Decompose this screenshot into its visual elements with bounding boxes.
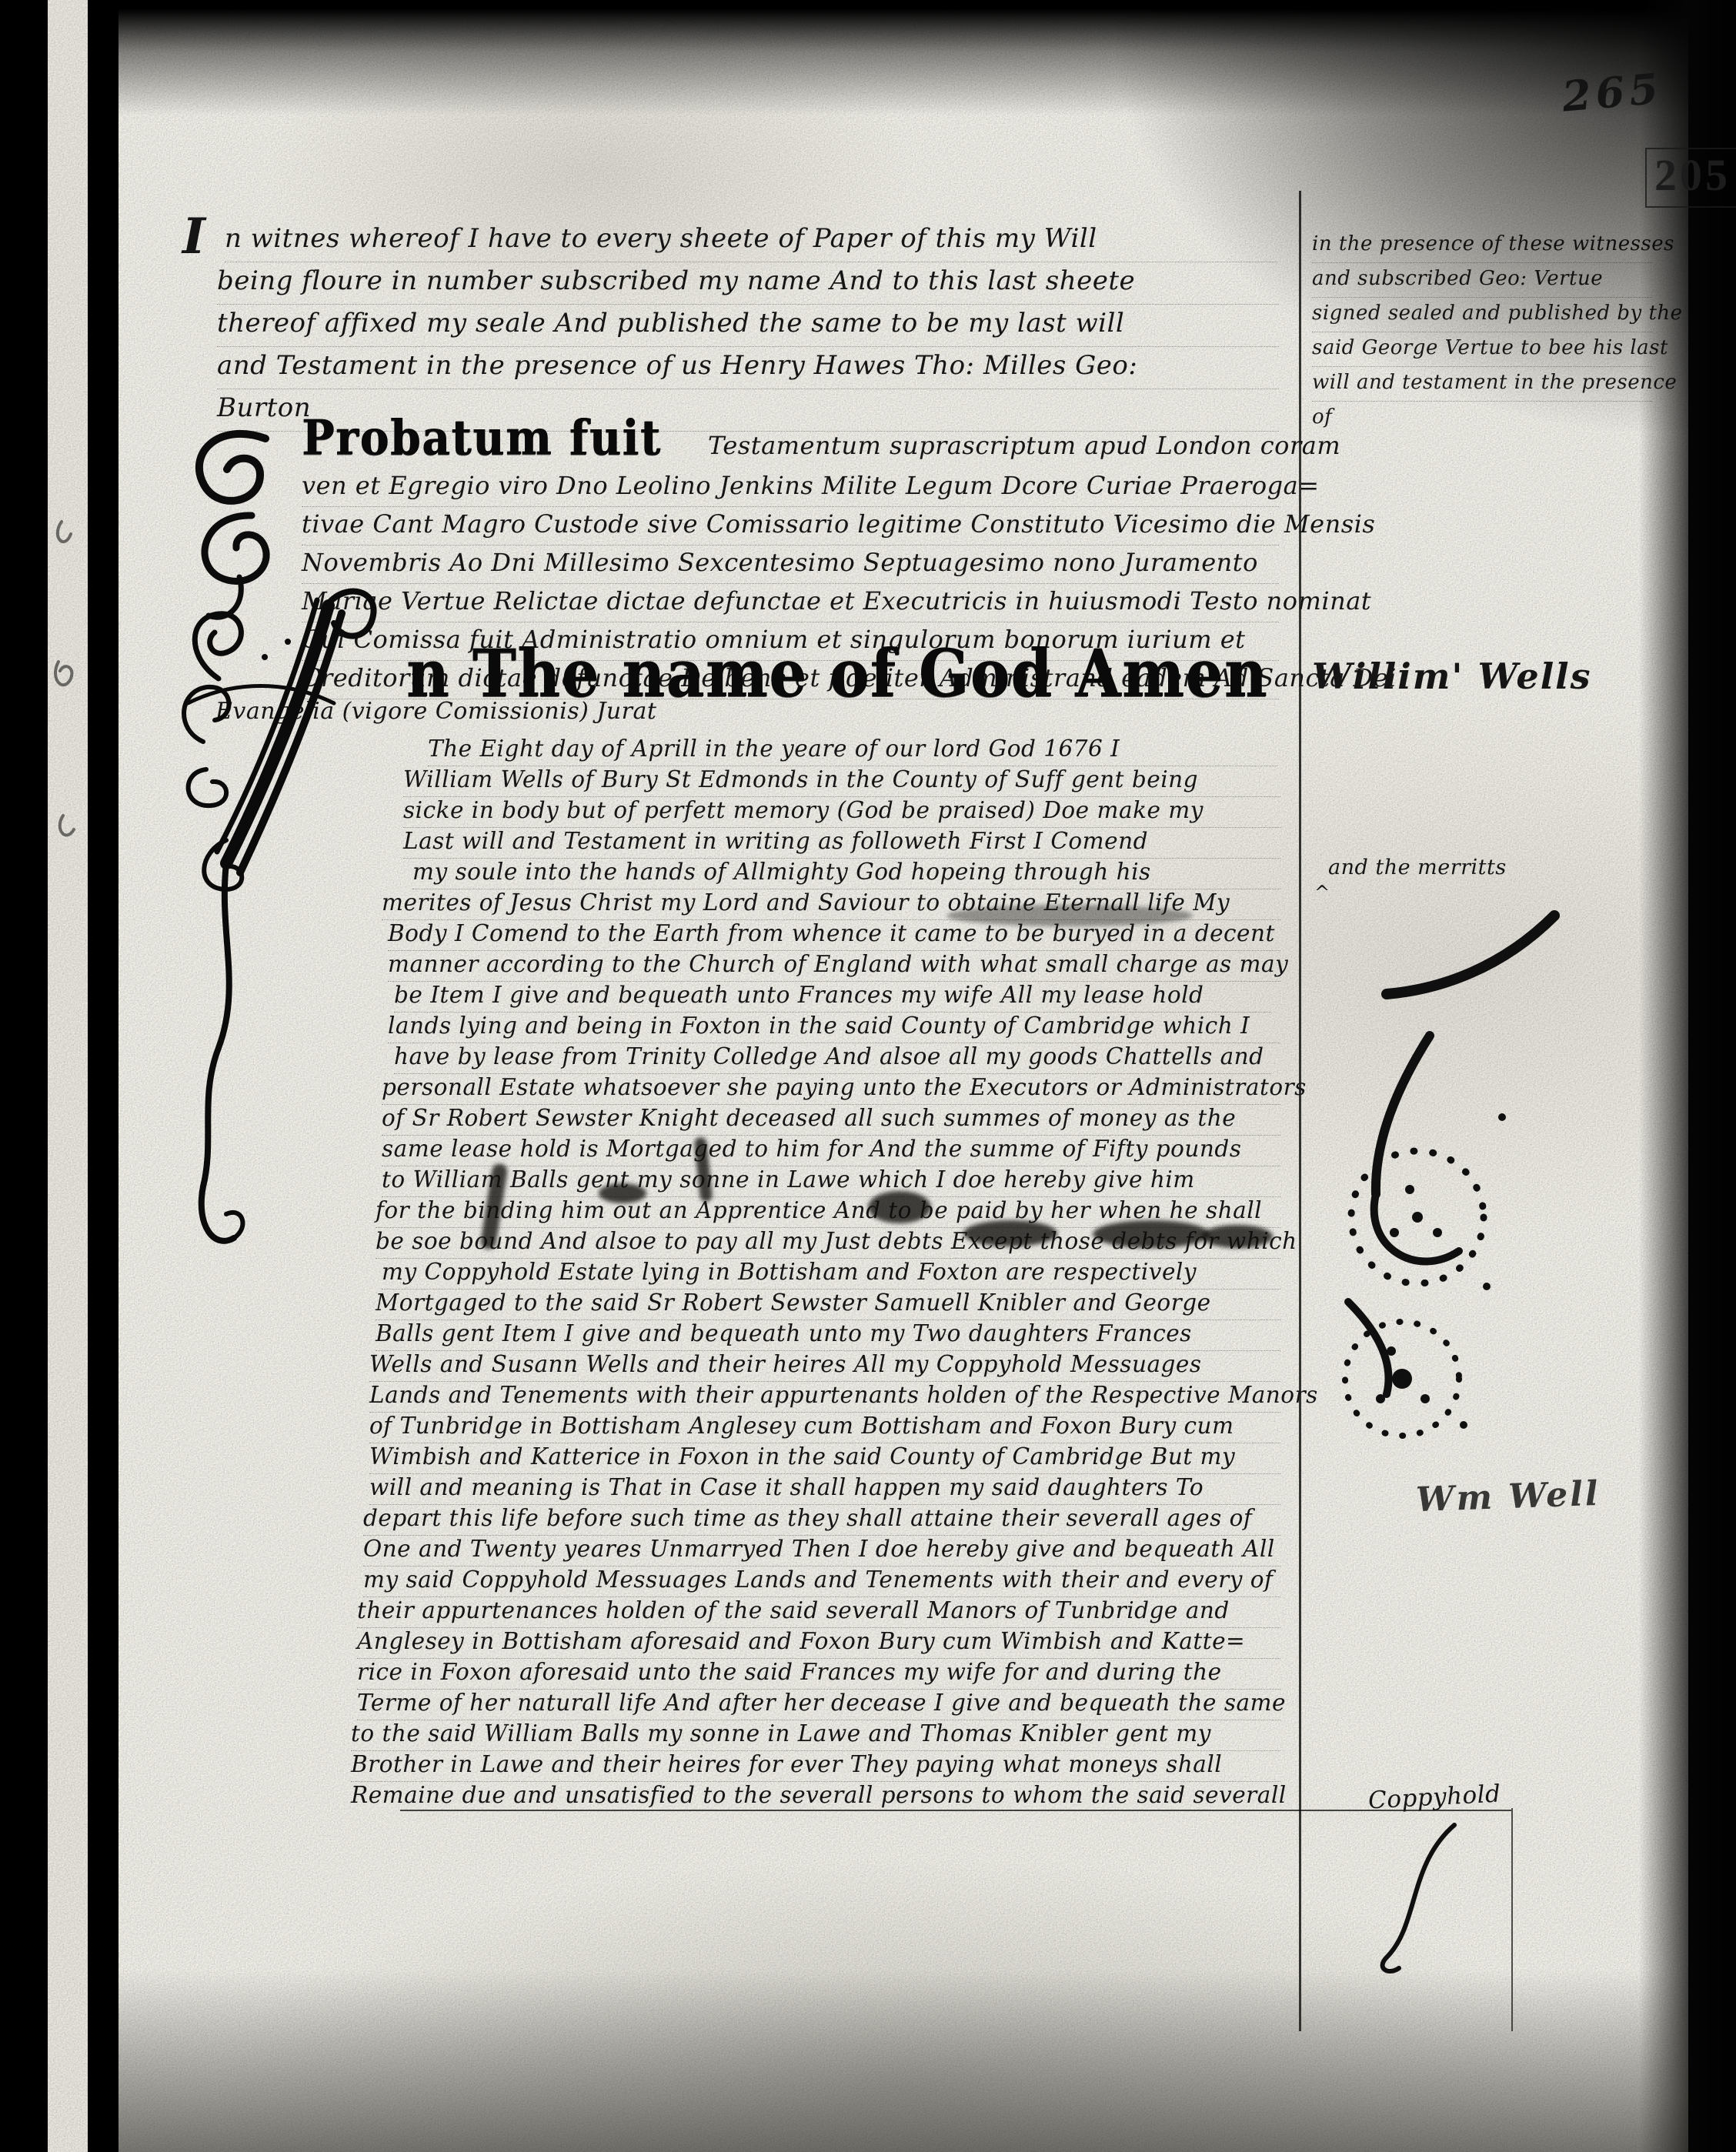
- will-line: personall Estate whatsoever she paying u…: [382, 1073, 1280, 1105]
- will-line: The Eight day of Aprill in the yeare of …: [428, 735, 1277, 766]
- probate-line: Mariae Vertue Relictae dictae defunctae …: [302, 583, 1279, 622]
- ink-smudge: [599, 1183, 646, 1203]
- will-line: sicke in body but of perfett memory (God…: [403, 796, 1280, 828]
- will-line: manner according to the Church of Englan…: [388, 950, 1280, 982]
- will-line: be Item I give and bequeath unto Frances…: [394, 981, 1271, 1013]
- bottom-edge-shadow: [119, 1970, 1688, 2152]
- probate-line: tivae Cant Magro Custode sive Comissario…: [302, 506, 1279, 546]
- grand-initial-flourish: [171, 586, 402, 1286]
- ink-smudge: [946, 905, 1193, 926]
- will-line: Last will and Testament in writing as fo…: [403, 827, 1280, 859]
- probate-line: Novembris Ao Dni Millesimo Sexcentesimo …: [302, 545, 1279, 584]
- ghost-signature: Wm Well: [1415, 1474, 1601, 1520]
- will-line: Mortgaged to the said Sr Robert Sewster …: [376, 1289, 1280, 1320]
- will-line: Terme of her naturall life And after her…: [357, 1689, 1280, 1720]
- will-line: rice in Foxon aforesaid unto the said Fr…: [357, 1658, 1280, 1690]
- will-line: my said Coppyhold Messuages Lands and Te…: [363, 1566, 1280, 1597]
- catchword-flourish: [1362, 1817, 1485, 1979]
- ink-smudge: [963, 1220, 1057, 1246]
- will-line: their appurtenances holden of the said s…: [357, 1596, 1280, 1628]
- will-line: Brother in Lawe and their heires for eve…: [351, 1750, 1280, 1782]
- rosette-doodle: [1345, 1322, 1459, 1436]
- folio-number-handwritten: 265: [1560, 63, 1664, 121]
- manuscript-scan: I n witnes whereof I have to every sheet…: [0, 0, 1736, 2152]
- will-line: my Coppyhold Estate lying in Bottisham a…: [382, 1258, 1280, 1290]
- will-line: have by lease from Trinity Colledge And …: [394, 1043, 1271, 1074]
- margin-testator-name: Willim' Wells: [1312, 656, 1592, 697]
- margin-pen-flourish: [1300, 885, 1662, 1577]
- will-line: Lands and Tenements with their appurtena…: [369, 1381, 1280, 1413]
- probate-heading: Probatum fuit: [302, 409, 662, 466]
- will-line: of Tunbridge in Bottisham Anglesey cum B…: [369, 1412, 1280, 1443]
- ink-smudge: [868, 1191, 931, 1223]
- gutter-pen-marks: [45, 508, 91, 846]
- will-heading: n The name of God Amen: [406, 635, 1268, 712]
- will-line: One and Twenty yeares Unmarryed Then I d…: [363, 1535, 1280, 1566]
- will-line: Balls gent Item I give and bequeath unto…: [376, 1320, 1280, 1351]
- will-line: will and meaning is That in Case it shal…: [369, 1473, 1280, 1505]
- right-edge-shadow: [1639, 0, 1736, 2152]
- will-line: Wells and Susann Wells and their heires …: [369, 1350, 1280, 1382]
- will-line: Anglesey in Bottisham aforesaid and Foxo…: [357, 1627, 1280, 1659]
- will-line: of Sr Robert Sewster Knight deceased all…: [382, 1104, 1280, 1136]
- will-line: depart this life before such time as the…: [363, 1504, 1280, 1536]
- will-line: Body I Comend to the Earth from whence i…: [388, 919, 1280, 951]
- will-line: to the said William Balls my sonne in La…: [351, 1720, 1280, 1751]
- will-line: William Wells of Bury St Edmonds in the …: [403, 766, 1280, 797]
- will-line: same lease hold is Mortgaged to him for …: [382, 1135, 1280, 1166]
- probate-line: Testamentum suprascriptum apud London co…: [708, 428, 1277, 466]
- will-line: to William Balls gent my sonne in Lawe w…: [382, 1166, 1280, 1197]
- probate-line: ven et Egregio viro Dno Leolino Jenkins …: [302, 468, 1279, 507]
- ink-smudge: [1202, 1225, 1273, 1248]
- will-line: Wimbish and Katterice in Foxon in the sa…: [369, 1443, 1280, 1474]
- witness-initial: I: [182, 208, 205, 265]
- left-gutter-strip: [48, 0, 88, 2152]
- will-line: my soule into the hands of Allmighty God…: [412, 858, 1280, 889]
- margin-insertion-note: and the merritts: [1328, 856, 1507, 879]
- ink-smudge: [1093, 1220, 1210, 1248]
- will-line: lands lying and being in Foxton in the s…: [388, 1012, 1280, 1043]
- will-line: Remaine due and unsatisfied to the sever…: [351, 1781, 1280, 1812]
- folio-number-stamp: 205: [1645, 148, 1736, 208]
- rosette-doodle: [1351, 1151, 1484, 1283]
